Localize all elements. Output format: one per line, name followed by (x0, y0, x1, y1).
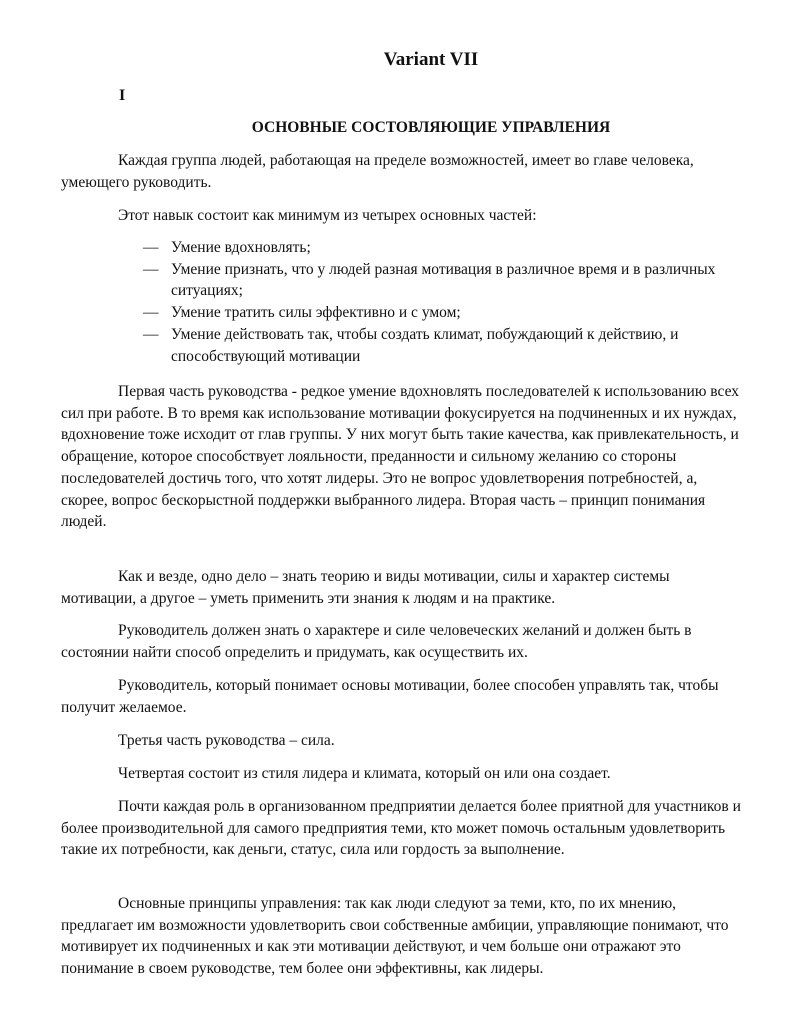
paragraph-intro: Каждая группа людей, работающая на преде… (61, 150, 741, 193)
dash-bullet-icon: — (143, 259, 159, 281)
paragraph-third-part: Третья часть руководства – сила. (61, 730, 741, 752)
list-item: — Умение тратить силы эффективно и с умо… (143, 302, 743, 324)
paragraph-principles: Основные принципы управления: так как лю… (61, 893, 741, 980)
paragraph-roles: Почти каждая роль в организованном предп… (61, 796, 741, 861)
dash-bullet-icon: — (143, 302, 159, 324)
section-number: I (119, 86, 125, 106)
dash-bullet-icon: — (143, 324, 159, 346)
list-item: — Умение признать, что у людей разная мо… (143, 259, 743, 302)
paragraph-first-part: Первая часть руководства - редкое умение… (61, 381, 741, 533)
list-item-text: Умение признать, что у людей разная моти… (171, 261, 715, 300)
paragraph-skill-parts: Этот навык состоит как минимум из четыре… (61, 205, 741, 227)
document-title: Variant VII (0, 48, 785, 72)
paragraph-motivation-basics: Руководитель, который понимает основы мо… (61, 675, 741, 718)
document-page: Variant VII I ОСНОВНЫЕ СОСТОВЛЯЮЩИЕ УПРА… (0, 0, 785, 1033)
paragraph-fourth-part: Четвертая состоит из стиля лидера и клим… (61, 763, 741, 785)
skill-parts-list: — Умение вдохновлять; — Умение признать,… (143, 237, 743, 367)
list-item-text: Умение действовать так, чтобы создать кл… (171, 326, 678, 365)
paragraph-desires: Руководитель должен знать о характере и … (61, 620, 741, 663)
list-item-text: Умение вдохновлять; (171, 239, 311, 256)
dash-bullet-icon: — (143, 237, 159, 259)
section-heading: ОСНОВНЫЕ СОСТОВЛЯЮЩИЕ УПРАВЛЕНИЯ (0, 118, 785, 138)
list-item: — Умение действовать так, чтобы создать … (143, 324, 743, 367)
list-item: — Умение вдохновлять; (143, 237, 743, 259)
list-item-text: Умение тратить силы эффективно и с умом; (171, 304, 461, 321)
paragraph-theory-practice: Как и везде, одно дело – знать теорию и … (61, 566, 741, 609)
